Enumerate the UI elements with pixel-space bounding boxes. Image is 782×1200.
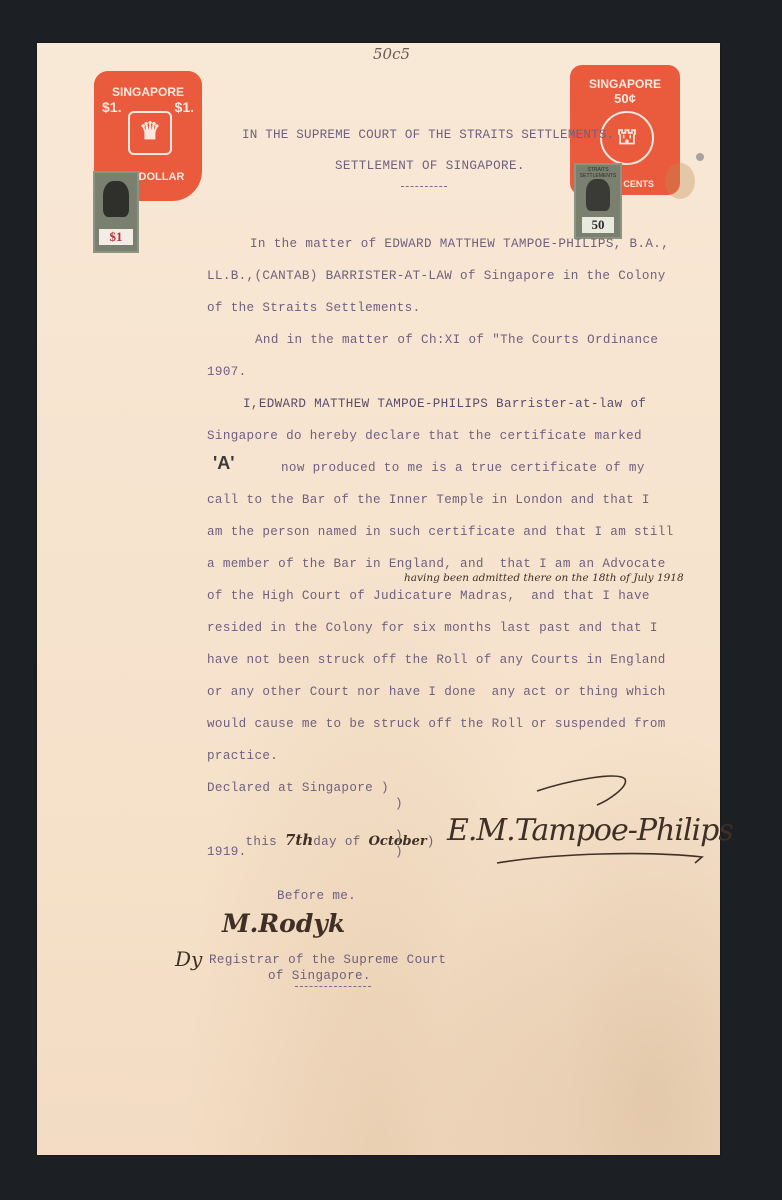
stamp-text: SINGAPORE bbox=[570, 77, 680, 91]
body-line: am the person named in such certificate … bbox=[207, 525, 674, 539]
body-line: have not been struck off the Roll of any… bbox=[207, 653, 666, 667]
body-line: I,EDWARD MATTHEW TAMPOE-PHILIPS Barriste… bbox=[243, 397, 646, 411]
document-page: 50c5 SINGAPORE $1. $1. ♛ ONE DOLLAR $1 S… bbox=[37, 43, 720, 1155]
stamp-value: 50 bbox=[582, 217, 614, 233]
stain bbox=[665, 163, 695, 199]
stamp-text: SINGAPORE bbox=[94, 85, 202, 99]
body-line: of the High Court of Judicature Madras, … bbox=[207, 589, 650, 603]
registrar-signature: M.Rodyk bbox=[222, 909, 345, 938]
stamp-value: $1. bbox=[102, 99, 121, 115]
body-line: 1907. bbox=[207, 365, 247, 379]
body-line: would cause me to be struck off the Roll… bbox=[207, 717, 666, 731]
body-line: of the Straits Settlements. bbox=[207, 301, 421, 315]
handwritten-insertion: having been admitted there on the 18th o… bbox=[404, 572, 684, 584]
declaration-year: 1919. bbox=[207, 845, 247, 859]
king-portrait-icon bbox=[103, 181, 129, 217]
body-line: resided in the Colony for six months las… bbox=[207, 621, 658, 635]
registrar-title: Registrar of the Supreme Court bbox=[209, 953, 446, 967]
stain bbox=[696, 153, 704, 161]
registrar-title: of Singapore. bbox=[268, 969, 371, 983]
king-portrait-icon bbox=[586, 179, 610, 211]
declaration-bracket: ) bbox=[427, 835, 435, 849]
settlement-heading: SETTLEMENT OF SINGAPORE. bbox=[335, 159, 525, 173]
stamp-value: $1. bbox=[175, 99, 194, 115]
body-line: LL.B.,(CANTAB) BARRISTER-AT-LAW of Singa… bbox=[207, 269, 666, 283]
declarant-signature: E.M.Tampoe-Philips bbox=[447, 813, 733, 848]
postage-stamp-fifty-cents: STRAITS SETTLEMENTS 50 bbox=[574, 163, 622, 239]
handwritten-day: 7th bbox=[285, 831, 313, 849]
stamp-value: $1 bbox=[99, 229, 133, 245]
body-line: a member of the Bar in England, and that… bbox=[207, 557, 666, 571]
body-line: In the matter of EDWARD MATTHEW TAMPOE-P… bbox=[250, 237, 669, 251]
body-line: call to the Bar of the Inner Temple in L… bbox=[207, 493, 650, 507]
body-line: And in the matter of Ch:XI of "The Court… bbox=[255, 333, 658, 347]
declaration-bracket: ) bbox=[395, 797, 403, 811]
body-line: now produced to me is a true certificate… bbox=[281, 461, 645, 475]
heading-underline bbox=[401, 186, 447, 187]
stamp-overprint: STRAITS SETTLEMENTS bbox=[576, 167, 620, 179]
declaration-bracket: ) bbox=[395, 829, 403, 843]
postage-stamp-one-dollar: $1 bbox=[93, 171, 139, 253]
exhibit-mark: 'A' bbox=[213, 453, 235, 474]
deputy-prefix: Dy bbox=[175, 947, 202, 971]
declaration-line: Declared at Singapore ) bbox=[207, 781, 389, 795]
singapore-underline bbox=[295, 986, 371, 987]
declaration-bracket: ) bbox=[395, 845, 403, 859]
body-line: or any other Court nor have I done any a… bbox=[207, 685, 666, 699]
before-me-label: Before me. bbox=[277, 889, 356, 903]
crown-icon: ♛ bbox=[128, 111, 172, 155]
pencil-note: 50c5 bbox=[373, 45, 410, 63]
court-heading: IN THE SUPREME COURT OF THE STRAITS SETT… bbox=[242, 128, 614, 142]
body-line: Singapore do hereby declare that the cer… bbox=[207, 429, 642, 443]
declaration-text: this bbox=[245, 835, 285, 849]
stamp-value: 50¢ bbox=[570, 91, 680, 106]
body-line: practice. bbox=[207, 749, 278, 763]
declaration-text: day of bbox=[313, 835, 368, 849]
